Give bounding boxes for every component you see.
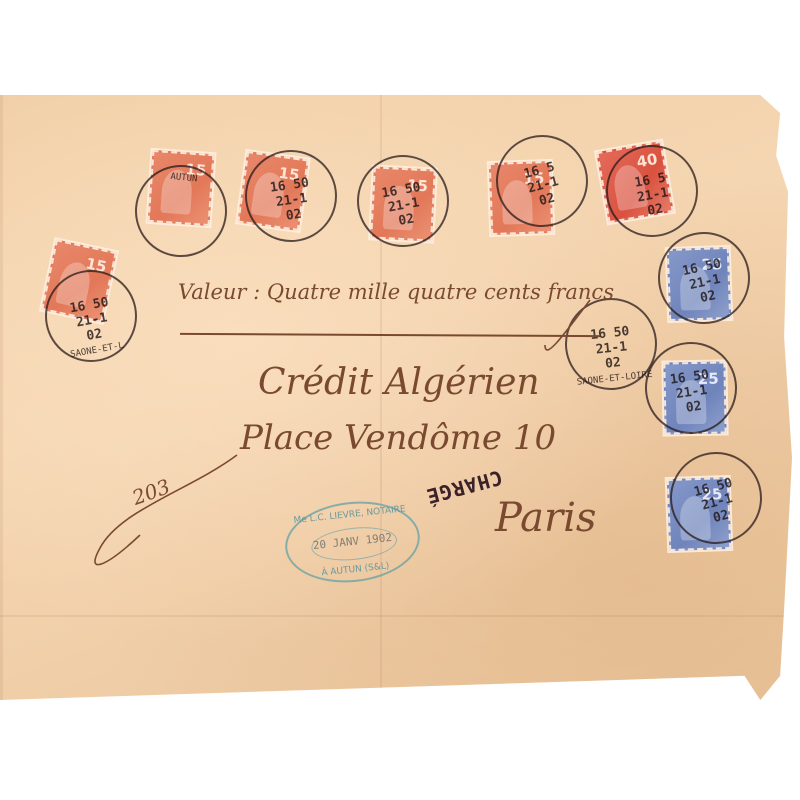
crease: [0, 95, 3, 700]
declared-value-text: Valeur : Quatre mille quatre cents franc…: [178, 280, 614, 304]
city-name: Paris: [495, 495, 596, 541]
addressee-name: Crédit Algérien: [258, 362, 540, 403]
street-address: Place Vendôme 10: [240, 418, 556, 458]
crease: [0, 615, 792, 617]
